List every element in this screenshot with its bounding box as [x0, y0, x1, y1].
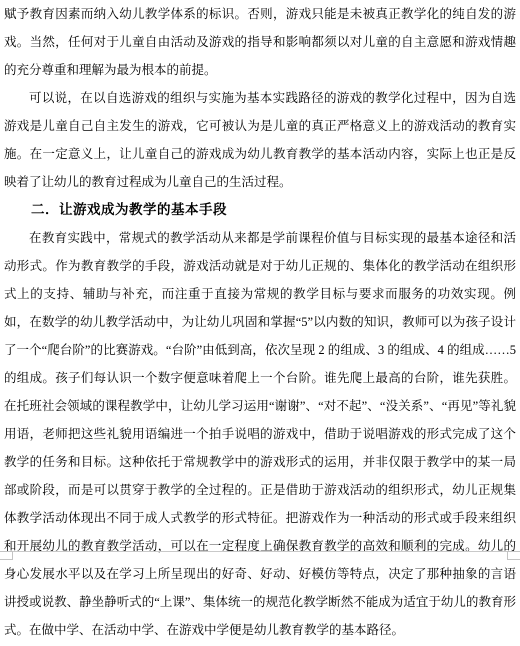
paragraph: 可以说，在以自选游戏的组织与实施为基本实践路径的游戏的教学化过程中，因为自选游戏… — [4, 84, 516, 196]
text-boundary-marker-left — [0, 551, 13, 560]
text-boundary-line — [0, 551, 520, 552]
paragraph-continuation: 赋予教育因素而纳入幼儿教学体系的标识。否则，游戏只能是未被真正教学化的纯自发的游… — [4, 0, 516, 84]
paragraph: 在教育实践中，常规式的教学活动从来都是学前课程价值与目标实现的最基本途径和活动形… — [4, 224, 516, 644]
section-heading: 二．让游戏成为教学的基本手段 — [4, 196, 516, 224]
document-page: 赋予教育因素而纳入幼儿教学体系的标识。否则，游戏只能是未被真正教学化的纯自发的游… — [4, 0, 516, 644]
text-boundary-marker-right — [507, 551, 520, 560]
